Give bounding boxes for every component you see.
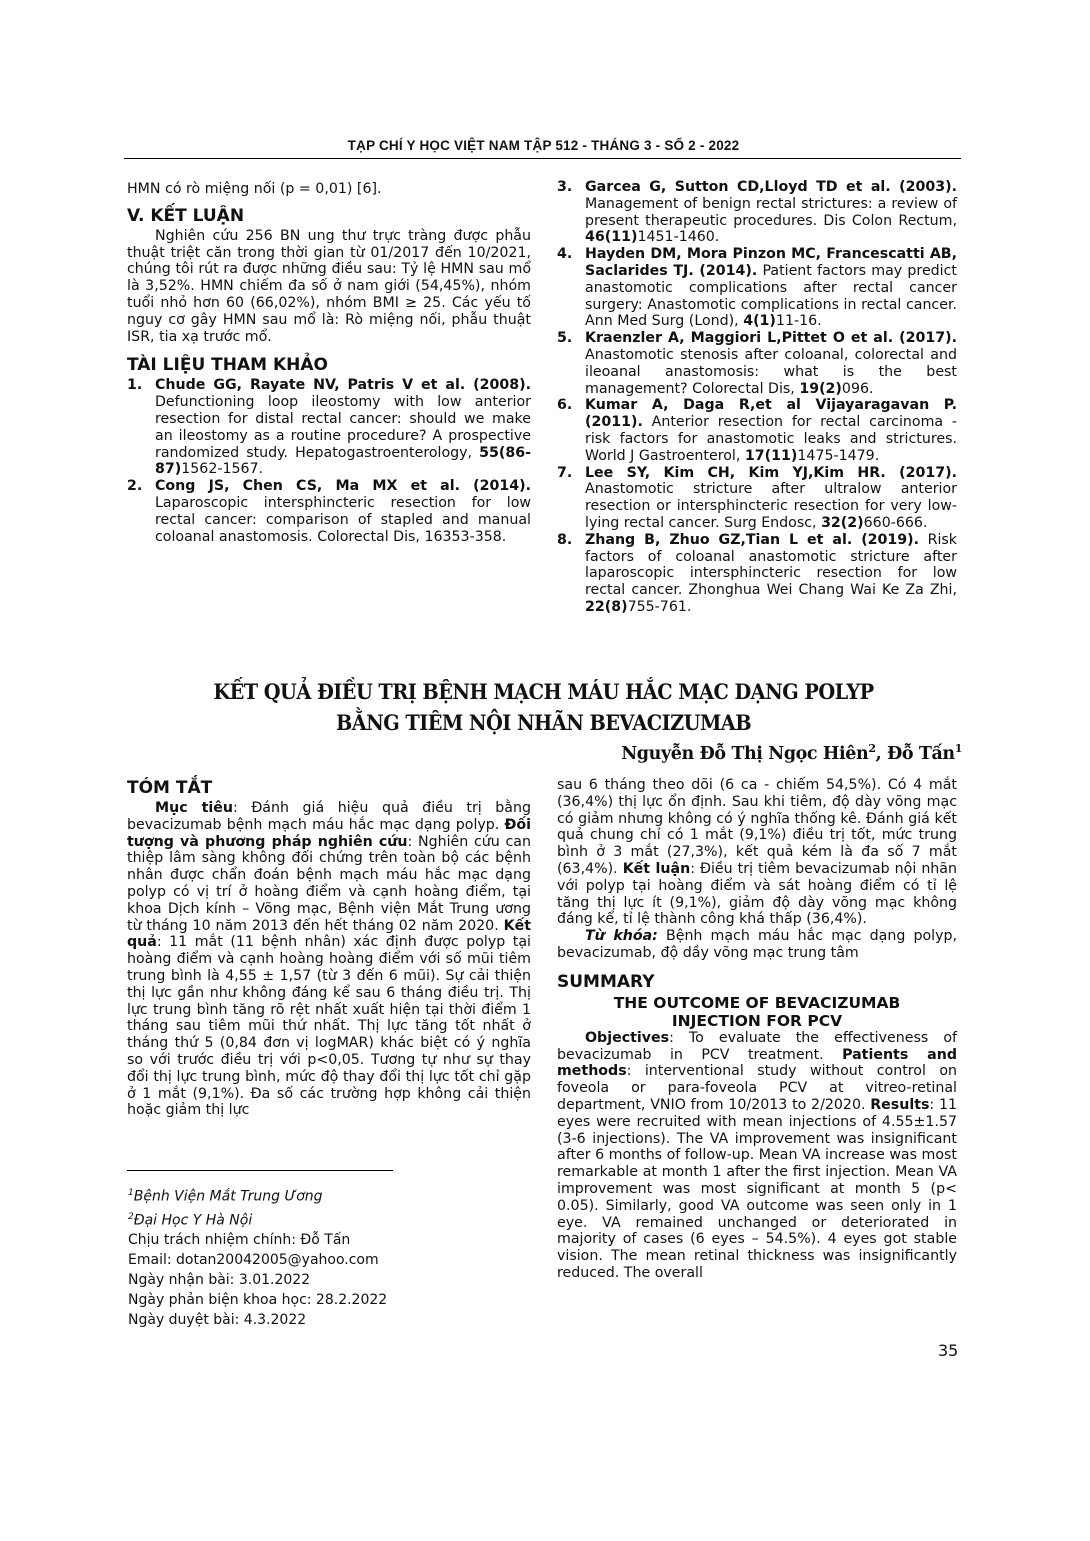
summary-text: Objectives: To evaluate the effectivenes… [557,1030,957,1282]
reference-item: 2.Cong JS, Chen CS, Ma MX et al. (2014).… [127,478,531,545]
email: Email: dotan20042005@yahoo.com [128,1250,387,1270]
references-heading: TÀI LIỆU THAM KHẢO [127,355,531,375]
summary-heading: SUMMARY [557,972,957,992]
footnote-rule [127,1170,393,1171]
abstract-heading: TÓM TẮT [127,778,531,798]
keywords: Từ khóa: Bệnh mạch máu hắc mạc dạng poly… [557,928,957,962]
continuation-text: HMN có rò miệng nối (p = 0,01) [6]. [127,181,531,198]
affiliation-1: 1Bệnh Viện Mắt Trung Ương [128,1183,387,1207]
footnotes: 1Bệnh Viện Mắt Trung Ương 2Đại Học Y Hà … [128,1183,387,1330]
reviewed-date: Ngày phản biện khoa học: 28.2.2022 [128,1290,387,1310]
prev-article-right-column: 3.Garcea G, Sutton CD,Lloyd TD et al. (2… [557,179,957,616]
page-number: 35 [938,1341,958,1360]
accepted-date: Ngày duyệt bài: 4.3.2022 [128,1310,387,1330]
reference-item: 6.Kumar A, Daga R,et al Vijayaragavan P.… [557,397,957,464]
reference-list-left: 1.Chude GG, Rayate NV, Patris V et al. (… [127,377,531,545]
abstract-left-column: TÓM TẮT Mục tiêu: Đánh giá hiệu quả điều… [127,778,531,1119]
article-authors: Nguyễn Đỗ Thị Ngọc Hiên2, Đỗ Tấn1 [621,742,962,764]
prev-article-left-column: HMN có rò miệng nối (p = 0,01) [6]. V. K… [127,181,531,545]
reference-item: 5.Kraenzler A, Maggiori L,Pittet O et al… [557,330,957,397]
reference-list-right: 3.Garcea G, Sutton CD,Lloyd TD et al. (2… [557,179,957,616]
reference-item: 4.Hayden DM, Mora Pinzon MC, Francescatt… [557,246,957,330]
corresponding-author: Chịu trách nhiệm chính: Đỗ Tấn [128,1230,387,1250]
header-rule [124,158,961,159]
received-date: Ngày nhận bài: 3.01.2022 [128,1270,387,1290]
abstract-text: Mục tiêu: Đánh giá hiệu quả điều trị bằn… [127,800,531,1119]
affiliation-2: 2Đại Học Y Hà Nội [128,1207,387,1231]
conclusion-heading: V. KẾT LUẬN [127,206,531,226]
abstract-right-column: sau 6 tháng theo dõi (6 ca - chiếm 54,5%… [557,777,957,1282]
reference-item: 7.Lee SY, Kim CH, Kim YJ,Kim HR. (2017).… [557,465,957,532]
running-head: TẠP CHÍ Y HỌC VIỆT NAM TẬP 512 - THÁNG 3… [127,138,960,153]
summary-title: THE OUTCOME OF BEVACIZUMAB INJECTION FOR… [557,994,957,1030]
abstract-text-continued: sau 6 tháng theo dõi (6 ca - chiếm 54,5%… [557,777,957,928]
conclusion-text: Nghiên cứu 256 BN ung thư trực tràng đượ… [127,228,531,346]
reference-item: 8.Zhang B, Zhuo GZ,Tian L et al. (2019).… [557,532,957,616]
reference-item: 3.Garcea G, Sutton CD,Lloyd TD et al. (2… [557,179,957,246]
reference-item: 1.Chude GG, Rayate NV, Patris V et al. (… [127,377,531,478]
article-title: KẾT QUẢ ĐIỀU TRỊ BỆNH MẠCH MÁU HẮC MẠC D… [160,676,926,738]
